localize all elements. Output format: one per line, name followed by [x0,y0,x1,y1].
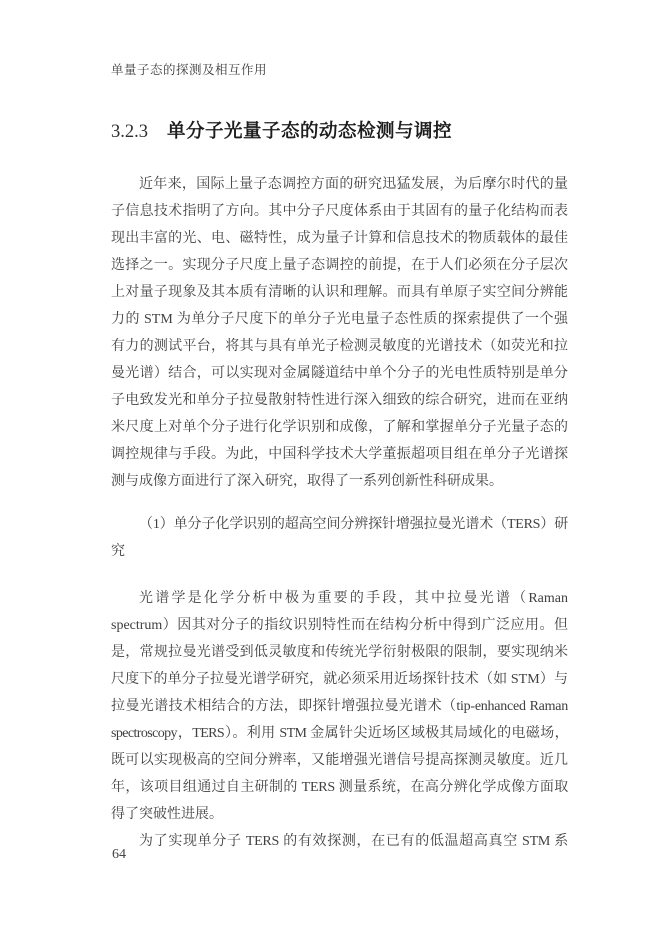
text-line: 年，该项目组通过自主研制的 TERS 测量系统，在高分辨化学成像方面取 [111,774,568,801]
section-heading: 3.2.3 单分子光量子态的动态检测与调控 [111,118,452,145]
paragraph-2: 光谱学是化学分析中极为重要的手段，其中拉曼光谱（Raman spectrum）因… [111,585,568,828]
text-line: 有力的测试平台，将其与具有单光子检测灵敏度的光谱技术（如荧光和拉 [111,333,568,360]
section-title: 单分子光量子态的动态检测与调控 [167,118,452,144]
text-line: 力的 STM 为单分子尺度下的单分子光电量子态性质的探索提供了一个强 [111,306,568,333]
text-line: 既可以实现极高的空间分辨率，又能增强光谱信号提高探测灵敏度。近几 [111,747,568,774]
text-line: 光谱学是化学分析中极为重要的手段，其中拉曼光谱（Raman [111,585,568,612]
text-line: 选择之一。实现分子尺度上量子态调控的前提，在于人们必须在分子层次 [111,252,568,279]
text-line: 拉曼光谱技术相结合的方法，即探针增强拉曼光谱术（tip-enhanced Ram… [111,693,568,720]
document-page: 单量子态的探测及相互作用 3.2.3 单分子光量子态的动态检测与调控 近年来，国… [0,0,666,930]
paragraph-1: 近年来，国际上量子态调控方面的研究迅猛发展，为后摩尔时代的量 子信息技术指明了方… [111,171,568,495]
page-number: 64 [112,845,126,865]
body-text: 近年来，国际上量子态调控方面的研究迅猛发展，为后摩尔时代的量 子信息技术指明了方… [111,171,568,855]
text-line: spectroscopy，TERS）。利用 STM 金属针尖近场区域极其局域化的… [111,720,568,747]
text-line: 近年来，国际上量子态调控方面的研究迅猛发展，为后摩尔时代的量 [111,171,568,198]
text-line: 尺度下的单分子拉曼光谱学研究，就必须采用近场探针技术（如 STM）与 [111,666,568,693]
section-number: 3.2.3 [111,119,148,145]
text-line: 米尺度上对单个分子进行化学识别和成像，了解和掌握单分子光量子态的 [111,414,568,441]
text-line: 子电致发光和单分子拉曼散射特性进行深入细致的综合研究，进而在亚纳 [111,387,568,414]
text-line: 为了实现单分子 TERS 的有效探测，在已有的低温超高真空 STM 系 [111,828,568,855]
text-line: 现出丰富的光、电、磁特性，成为量子计算和信息技术的物质载体的最佳 [111,225,568,252]
text-line: spectrum）因其对分子的指纹识别特性而在结构分析中得到广泛应用。但 [111,612,568,639]
text-line: 测与成像方面进行了深入研究，取得了一系列创新性科研成果。 [111,468,568,495]
text-line: 上对量子现象及其本质有清晰的认识和理解。而具有单原子实空间分辨能 [111,279,568,306]
text-line: 曼光谱）结合，可以实现对金属隧道结中单个分子的光电性质特别是单分 [111,360,568,387]
text-line: 调控规律与手段。为此，中国科学技术大学董振超项目组在单分子光谱探 [111,441,568,468]
list-item-1: （1）单分子化学识别的超高空间分辨探针增强拉曼光谱术（TERS）研究 [111,511,568,565]
text-line: 是，常规拉曼光谱受到低灵敏度和传统光学衍射极限的限制，要实现纳米 [111,639,568,666]
paragraph-3: 为了实现单分子 TERS 的有效探测，在已有的低温超高真空 STM 系 [111,828,568,855]
running-header: 单量子态的探测及相互作用 [111,62,267,79]
text-line: 得了突破性进展。 [111,801,568,828]
text-line: 子信息技术指明了方向。其中分子尺度体系由于其固有的量子化结构而表 [111,198,568,225]
